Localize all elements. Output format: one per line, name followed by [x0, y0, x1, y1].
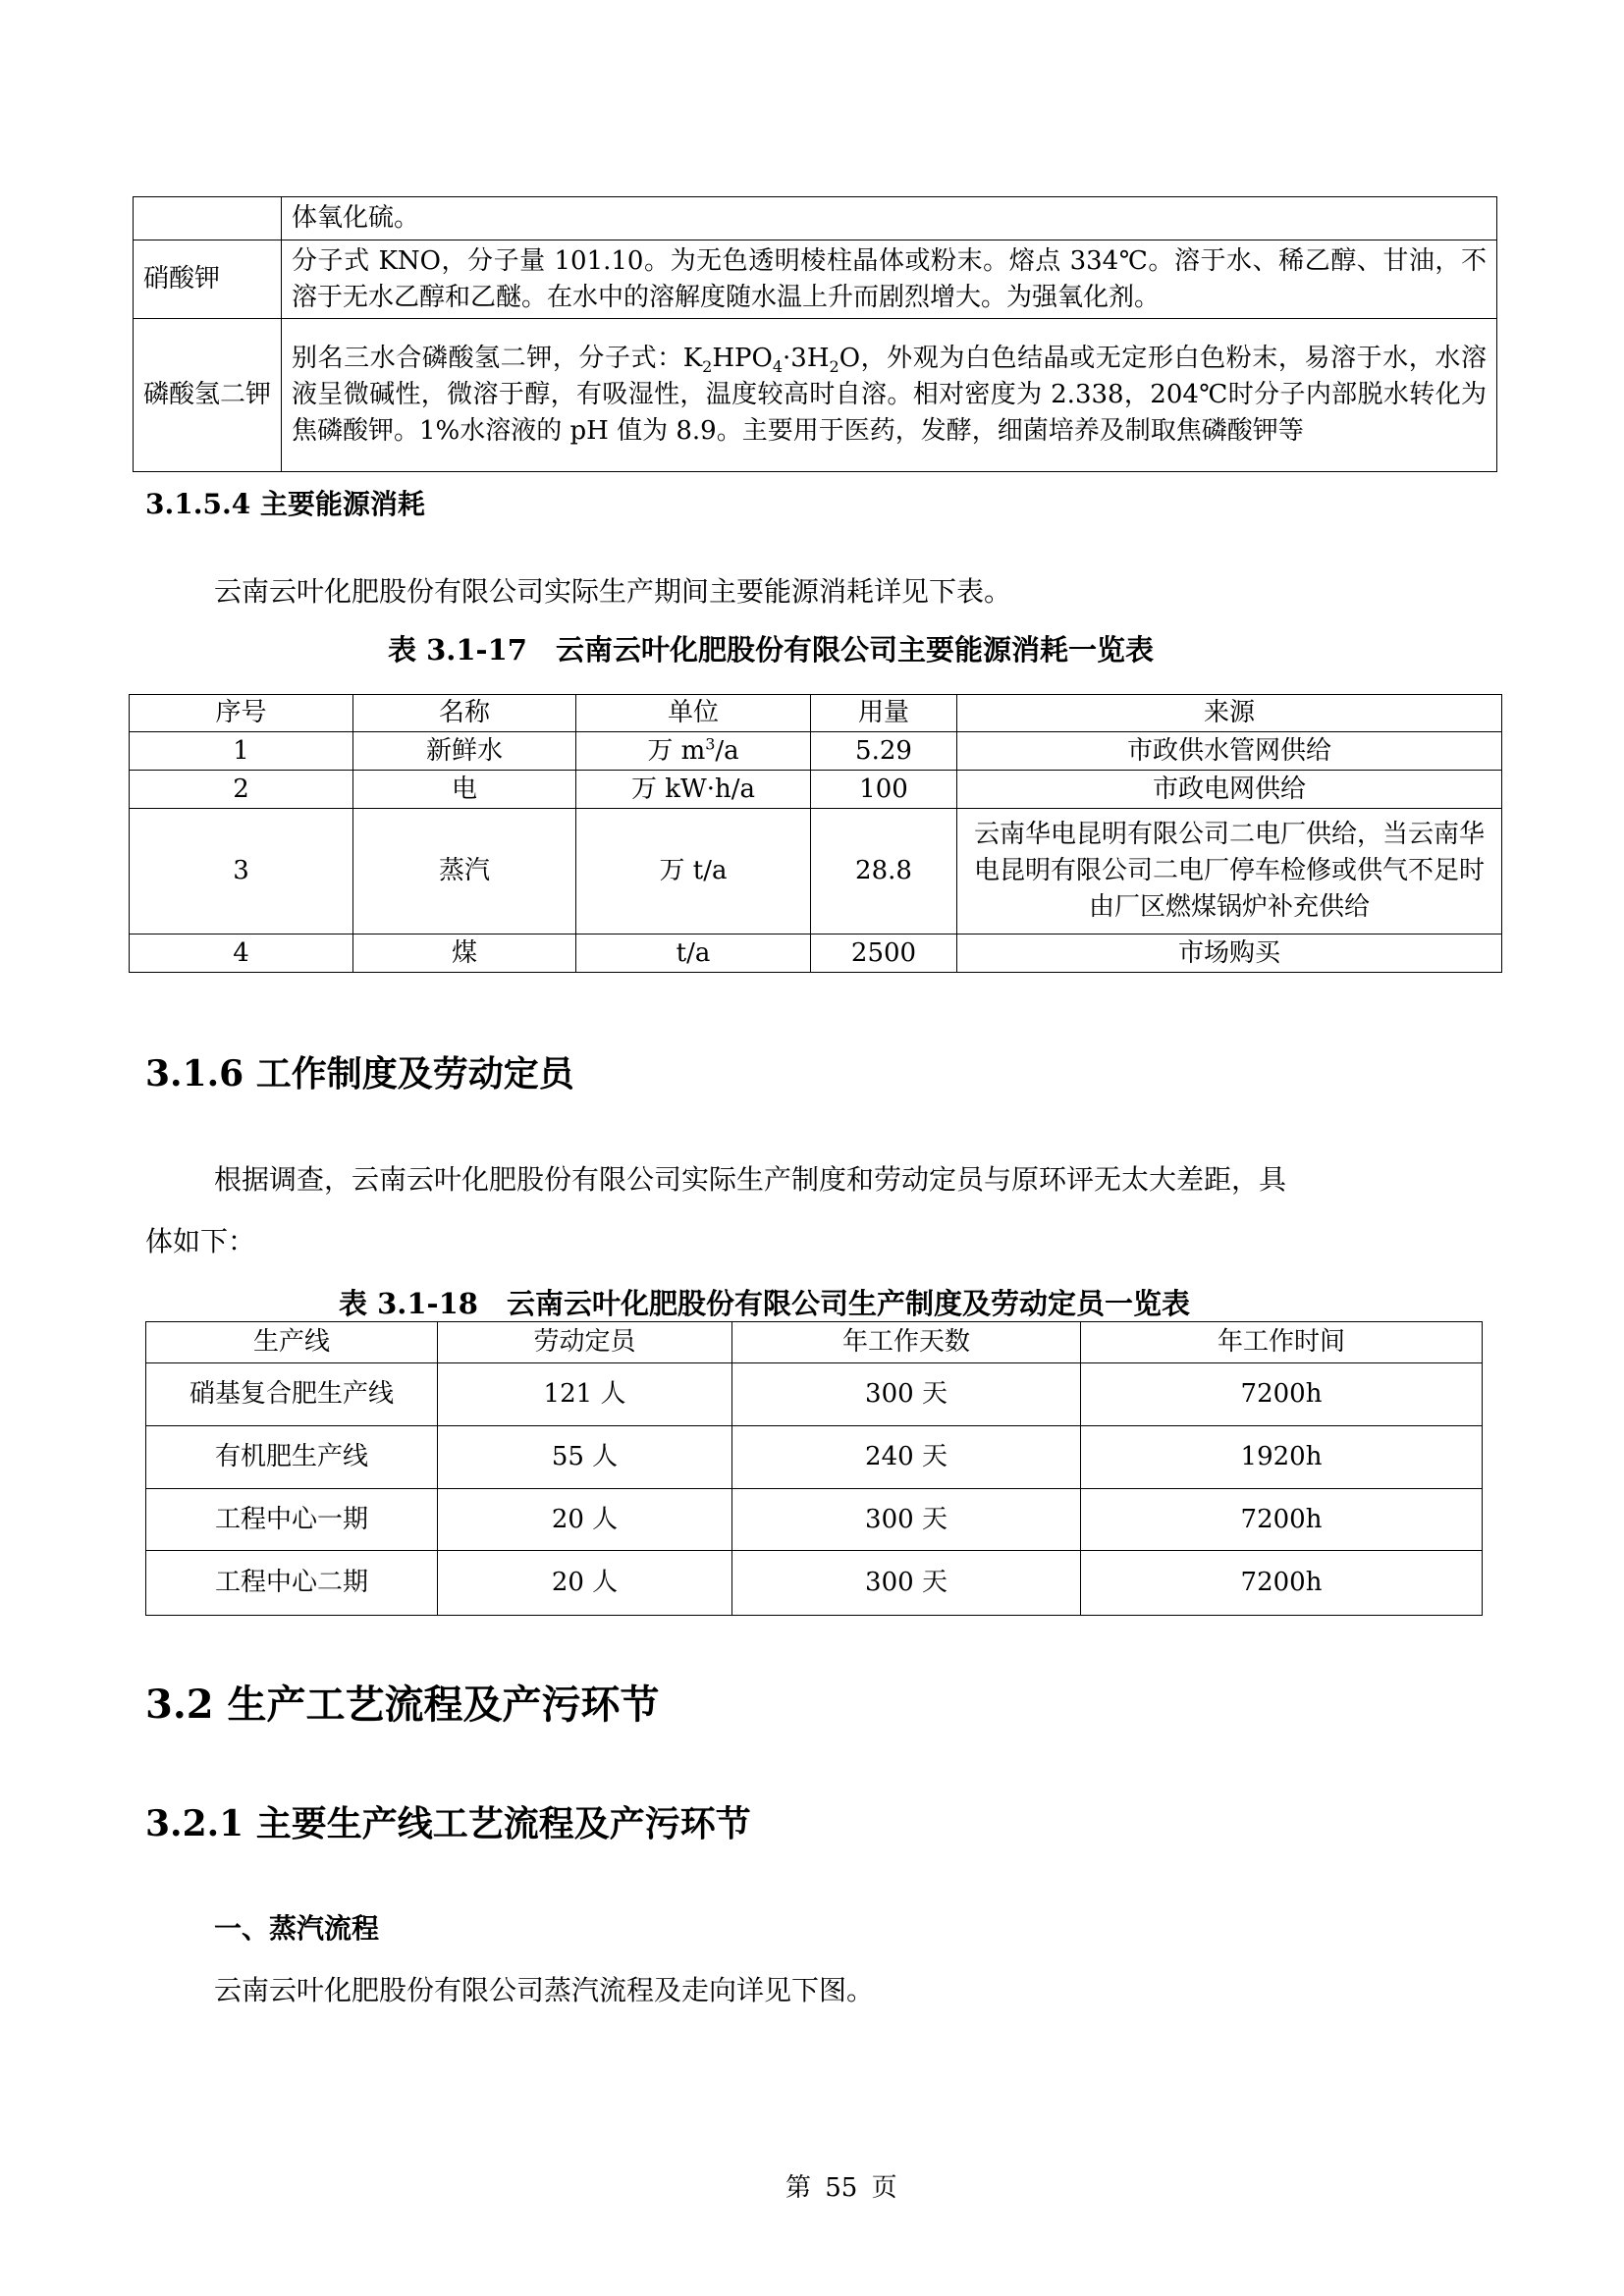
column-header: 序号 — [130, 695, 353, 732]
energy-name: 煤 — [353, 934, 576, 973]
chemical-description: 分子式 KNO，分子量 101.10。为无色透明棱柱晶体或粉末。熔点 334℃。… — [282, 240, 1497, 319]
table-row: 硝酸钾 分子式 KNO，分子量 101.10。为无色透明棱柱晶体或粉末。熔点 3… — [134, 240, 1497, 319]
energy-unit: t/a — [576, 934, 811, 973]
steam-process-subheading: 一、蒸汽流程 — [214, 1907, 379, 1947]
work-days: 240 天 — [732, 1426, 1081, 1489]
chemical-name — [134, 197, 282, 240]
energy-amount: 2500 — [811, 934, 957, 973]
section-heading-316: 3.1.6 工作制度及劳动定员 — [145, 1046, 574, 1096]
energy-amount: 28.8 — [811, 809, 957, 934]
energy-name: 蒸汽 — [353, 809, 576, 934]
chemical-name: 硝酸钾 — [134, 240, 282, 319]
energy-name: 电 — [353, 771, 576, 809]
section-heading-321: 3.2.1 主要生产线工艺流程及产污环节 — [145, 1796, 751, 1846]
production-line: 工程中心一期 — [146, 1489, 438, 1551]
energy-unit: 万 t/a — [576, 809, 811, 934]
table-row: 磷酸氢二钾 别名三水合磷酸氢二钾，分子式：K2HPO4·3H2O，外观为白色结晶… — [134, 319, 1497, 472]
staff-count: 20 人 — [438, 1489, 732, 1551]
work-days: 300 天 — [732, 1489, 1081, 1551]
energy-source: 市场购买 — [957, 934, 1502, 973]
table-header-row: 生产线 劳动定员 年工作天数 年工作时间 — [146, 1322, 1483, 1363]
work-days: 300 天 — [732, 1551, 1081, 1616]
table-row: 工程中心一期 20 人 300 天 7200h — [146, 1489, 1483, 1551]
column-header: 劳动定员 — [438, 1322, 732, 1363]
column-header: 来源 — [957, 695, 1502, 732]
energy-name: 新鲜水 — [353, 732, 576, 771]
production-line: 硝基复合肥生产线 — [146, 1363, 438, 1426]
staff-count: 55 人 — [438, 1426, 732, 1489]
column-header: 生产线 — [146, 1322, 438, 1363]
chemical-name: 磷酸氢二钾 — [134, 319, 282, 472]
table-row: 2 电 万 kW·h/a 100 市政电网供给 — [130, 771, 1502, 809]
production-line: 工程中心二期 — [146, 1551, 438, 1616]
steam-intro-paragraph: 云南云叶化肥股份有限公司蒸汽流程及走向详见下图。 — [214, 1961, 874, 2020]
table-row: 体氧化硫。 — [134, 197, 1497, 240]
energy-intro-paragraph: 云南云叶化肥股份有限公司实际生产期间主要能源消耗详见下表。 — [214, 562, 1011, 621]
chemical-description: 体氧化硫。 — [282, 197, 1497, 240]
work-hours: 7200h — [1081, 1489, 1483, 1551]
staff-count: 121 人 — [438, 1363, 732, 1426]
energy-source: 市政电网供给 — [957, 771, 1502, 809]
table-row: 4 煤 t/a 2500 市场购买 — [130, 934, 1502, 973]
table-row: 有机肥生产线 55 人 240 天 1920h — [146, 1426, 1483, 1489]
staff-count: 20 人 — [438, 1551, 732, 1616]
chemical-description: 别名三水合磷酸氢二钾，分子式：K2HPO4·3H2O，外观为白色结晶或无定形白色… — [282, 319, 1497, 472]
table-row: 硝基复合肥生产线 121 人 300 天 7200h — [146, 1363, 1483, 1426]
page-number: 第 55 页 — [785, 2167, 897, 2204]
section-heading-32: 3.2 生产工艺流程及产污环节 — [145, 1674, 660, 1730]
work-hours: 7200h — [1081, 1363, 1483, 1426]
column-header: 单位 — [576, 695, 811, 732]
energy-unit: 万 m3/a — [576, 732, 811, 771]
row-number: 1 — [130, 732, 353, 771]
chemicals-table: 体氧化硫。 硝酸钾 分子式 KNO，分子量 101.10。为无色透明棱柱晶体或粉… — [133, 196, 1497, 472]
column-header: 年工作时间 — [1081, 1322, 1483, 1363]
work-hours: 7200h — [1081, 1551, 1483, 1616]
staff-table-caption: 表 3.1-18 云南云叶化肥股份有限公司生产制度及劳动定员一览表 — [339, 1282, 1190, 1322]
table-row: 1 新鲜水 万 m3/a 5.29 市政供水管网供给 — [130, 732, 1502, 771]
energy-source: 云南华电昆明有限公司二电厂供给，当云南华电昆明有限公司二电厂停车检修或供气不足时… — [957, 809, 1502, 934]
energy-amount: 5.29 — [811, 732, 957, 771]
staff-intro-line1: 根据调查，云南云叶化肥股份有限公司实际生产制度和劳动定员与原环评无太大差距，具 — [214, 1150, 1286, 1209]
table-row: 3 蒸汽 万 t/a 28.8 云南华电昆明有限公司二电厂供给，当云南华电昆明有… — [130, 809, 1502, 934]
staff-intro-line2: 体如下： — [145, 1212, 255, 1271]
table-row: 工程中心二期 20 人 300 天 7200h — [146, 1551, 1483, 1616]
row-number: 4 — [130, 934, 353, 973]
row-number: 3 — [130, 809, 353, 934]
column-header: 名称 — [353, 695, 576, 732]
work-hours: 1920h — [1081, 1426, 1483, 1489]
work-days: 300 天 — [732, 1363, 1081, 1426]
energy-source: 市政供水管网供给 — [957, 732, 1502, 771]
energy-amount: 100 — [811, 771, 957, 809]
table-header-row: 序号 名称 单位 用量 来源 — [130, 695, 1502, 732]
section-heading-3154: 3.1.5.4 主要能源消耗 — [145, 483, 425, 522]
production-line: 有机肥生产线 — [146, 1426, 438, 1489]
row-number: 2 — [130, 771, 353, 809]
energy-table: 序号 名称 单位 用量 来源 1 新鲜水 万 m3/a 5.29 市政供水管网供… — [129, 694, 1502, 973]
column-header: 用量 — [811, 695, 957, 732]
column-header: 年工作天数 — [732, 1322, 1081, 1363]
energy-unit: 万 kW·h/a — [576, 771, 811, 809]
energy-table-caption: 表 3.1-17 云南云叶化肥股份有限公司主要能源消耗一览表 — [388, 628, 1154, 668]
staff-table: 生产线 劳动定员 年工作天数 年工作时间 硝基复合肥生产线 121 人 300 … — [145, 1321, 1483, 1616]
